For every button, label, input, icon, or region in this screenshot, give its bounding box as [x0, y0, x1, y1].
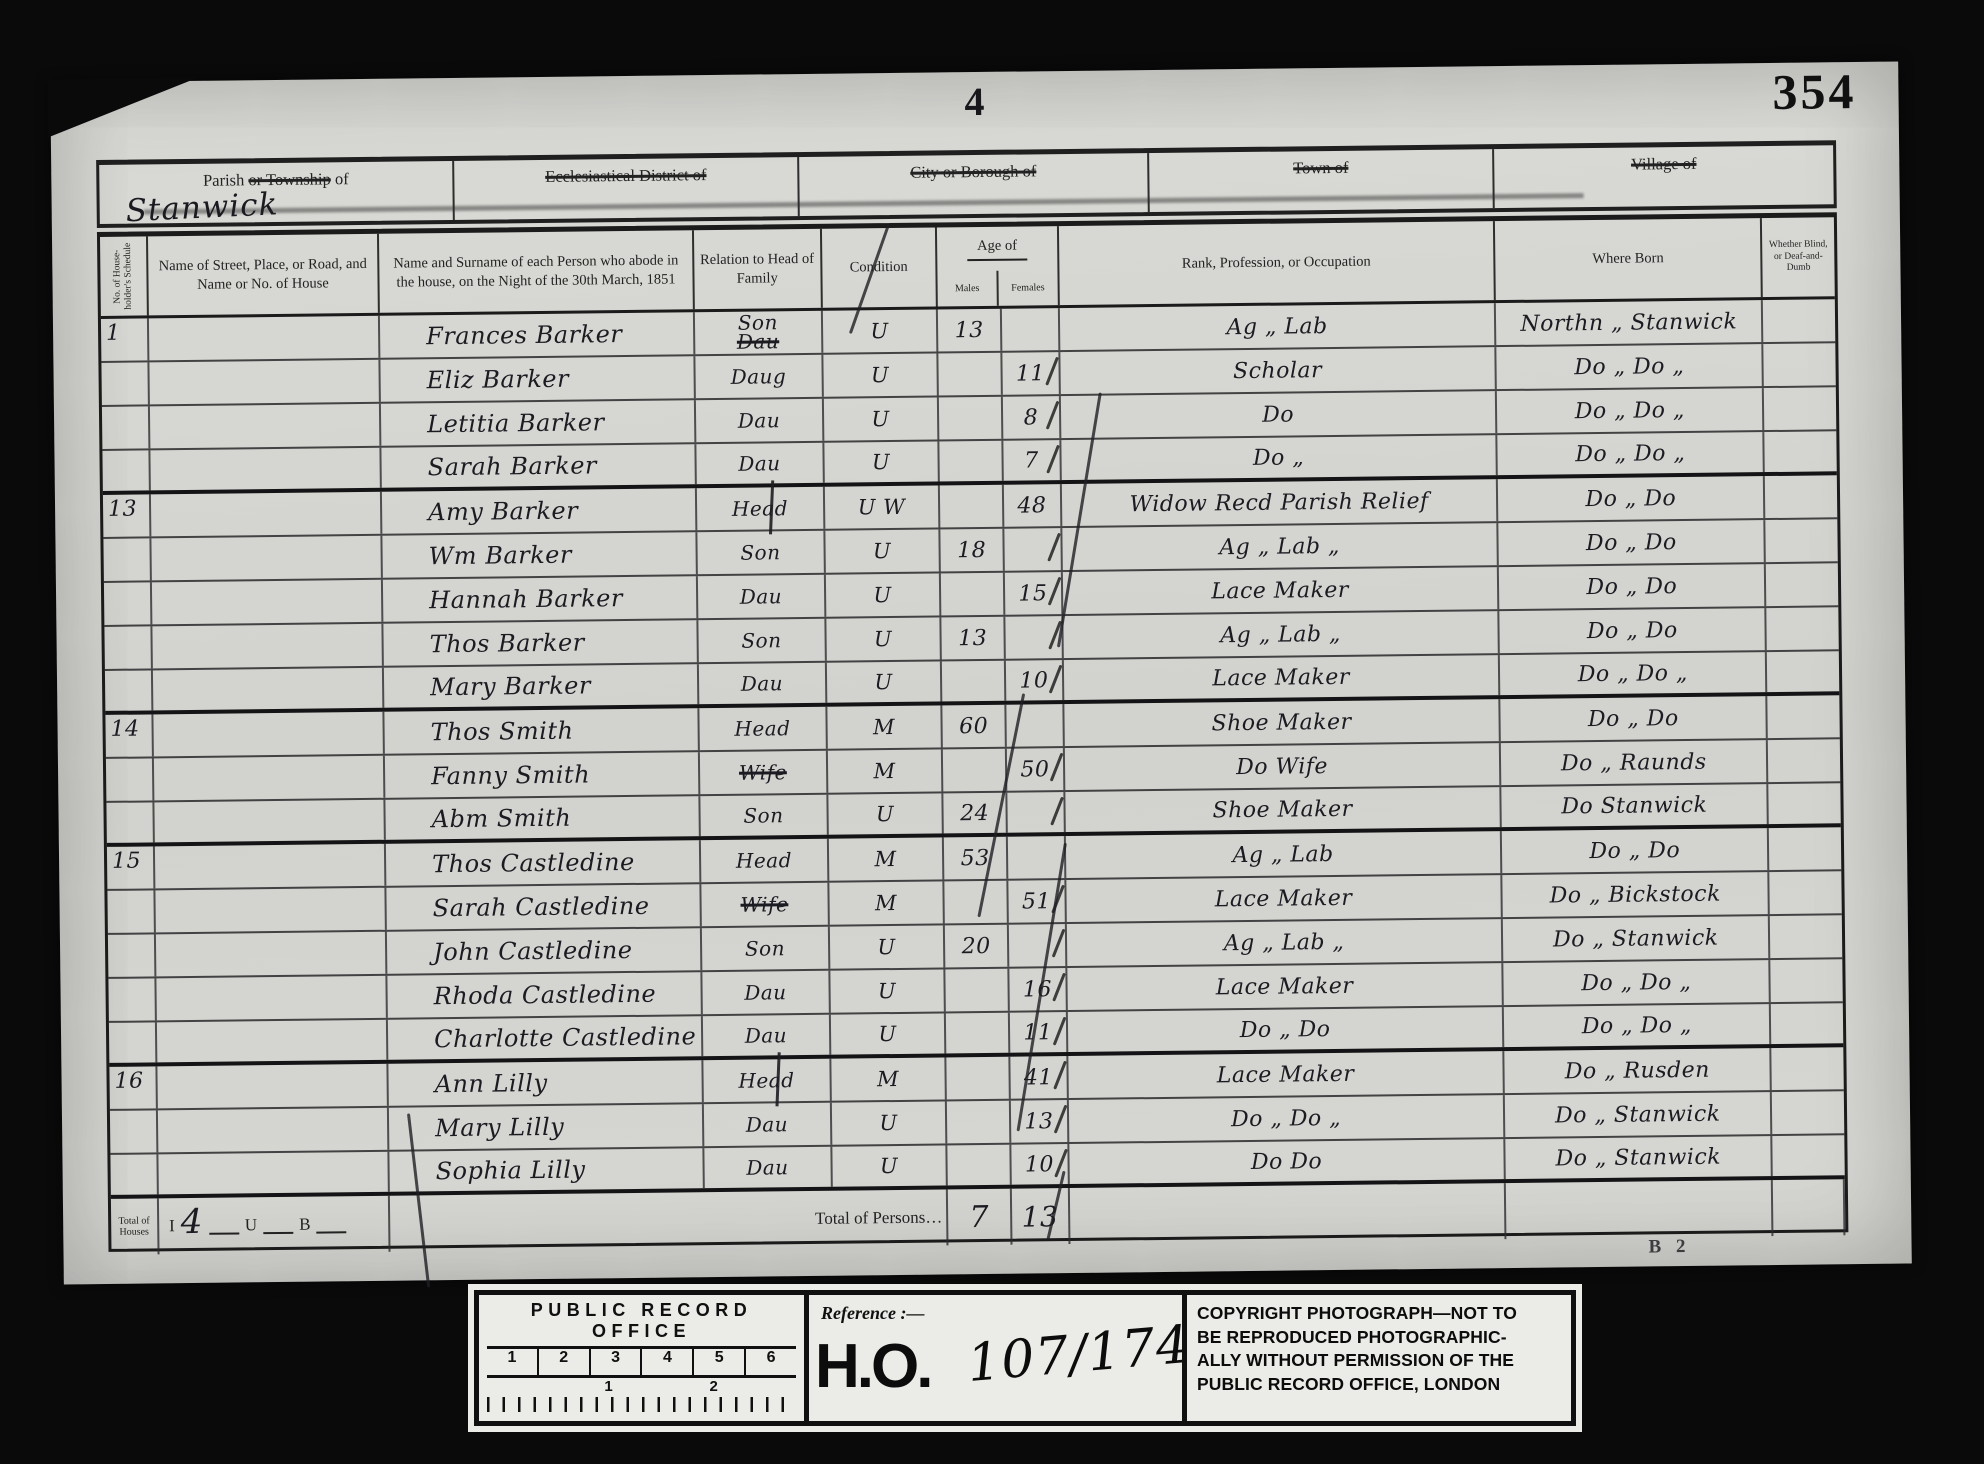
relation-cell: Son: [697, 531, 825, 574]
header-where-born: Where Born: [1495, 218, 1763, 300]
occupation-cell: Do „ Do „: [1069, 1095, 1506, 1142]
condition-cell-text: U: [871, 363, 889, 387]
relation-cell-text: Head: [732, 499, 788, 519]
blind-deaf-cell: [1766, 519, 1838, 562]
person-name-cell-text: Letitia Barker: [427, 408, 605, 438]
schedule-number-cell: 1: [101, 318, 149, 361]
relation-cell-text: Dau: [738, 411, 781, 430]
where-born-cell-text: Do „ Do „: [1581, 969, 1691, 995]
occupation-cell-text: Scholar: [1233, 358, 1322, 384]
houses-building-mark: B: [299, 1215, 311, 1235]
street-cell: [151, 492, 383, 537]
person-name-cell-text: John Castledine: [433, 936, 633, 966]
condition-cell-text: U: [874, 627, 892, 651]
street-cell: [158, 1152, 390, 1195]
pro-office-title: PUBLIC RECORD OFFICE: [487, 1300, 796, 1349]
occupation-cell: Shoe Maker: [1064, 699, 1501, 746]
occupation-cell: Ag „ Lab „: [1067, 919, 1504, 966]
street-cell: [156, 932, 388, 977]
relation-cell: Son: [700, 795, 828, 836]
blind-deaf-cell: [1769, 827, 1841, 870]
where-born-cell: Do „ Stanwick: [1505, 1092, 1773, 1137]
where-born-cell-text: Do „ Do „: [1574, 354, 1684, 380]
where-born-cell-text: Do „ Do: [1585, 486, 1676, 512]
ruler-inch-3: 3: [591, 1349, 643, 1375]
condition-cell-text: U: [872, 450, 890, 474]
where-born-cell-text: Do „ Stanwick: [1555, 1144, 1721, 1171]
relation-cell: SonDau: [695, 311, 823, 354]
where-born-cell: Do „ Do: [1498, 476, 1766, 521]
where-born-cell-text: Do „ Do „: [1582, 1012, 1692, 1038]
schedule-number-cell: [102, 450, 150, 491]
header-occupation: Rank, Profession, or Occupation: [1059, 221, 1496, 305]
where-born-cell: Do „ Bickstock: [1503, 872, 1771, 917]
header-street: Name of Street, Place, or Road, and Name…: [148, 234, 380, 316]
occupation-cell: Ag „ Lab „: [1063, 611, 1500, 658]
schedule-number-cell: [101, 362, 149, 405]
condition-cell-text: M: [873, 715, 895, 739]
where-born-cell-text: Do „ Do „: [1575, 397, 1685, 423]
person-name-cell: Sarah Castledine: [386, 884, 701, 930]
schedule-number-cell: [107, 890, 155, 933]
age-female-cell-text: 13: [1024, 1109, 1053, 1134]
occupation-cell-text: Do „: [1253, 445, 1305, 471]
condition-cell: U: [828, 793, 944, 834]
age-male-cell: 18: [941, 529, 1005, 572]
where-born-cell: Do „ Stanwick: [1506, 1136, 1773, 1179]
totals-blind-blank: [1773, 1179, 1845, 1236]
person-name-cell-text: Thos Smith: [431, 717, 574, 747]
age-male-cell: 60: [943, 705, 1007, 748]
condition-cell-text: U: [871, 407, 889, 431]
blind-deaf-cell: [1768, 695, 1840, 738]
where-born-cell-text: Do „ Bickstock: [1550, 881, 1721, 908]
b2-folio-mark: B 2: [1648, 1236, 1690, 1258]
age-male-cell: [945, 881, 1009, 924]
street-cell: [155, 888, 387, 933]
condition-cell-text: U W: [858, 495, 906, 520]
occupation-cell-text: Do Wife: [1236, 754, 1328, 780]
person-name-cell-text: Sarah Castledine: [433, 892, 650, 922]
age-male-cell: [947, 1057, 1011, 1100]
where-born-cell-text: Do „ Do: [1586, 574, 1677, 600]
age-male-cell-text: 13: [958, 625, 987, 650]
ruler-inch-5: 5: [694, 1349, 746, 1375]
person-name-cell: Charlotte Castledine: [388, 1016, 703, 1060]
relation-cell: Daug: [695, 355, 823, 398]
header-blind-deaf: Whether Blind, or Deaf-and-Dumb: [1762, 217, 1835, 297]
schedule-number-cell-text: 13: [108, 497, 137, 522]
blind-deaf-cell: [1771, 1003, 1843, 1044]
condition-cell: U W: [824, 485, 940, 528]
schedule-number-cell-text: 16: [114, 1069, 143, 1094]
age-male-cell: 20: [945, 925, 1009, 968]
age-male-cell: [943, 749, 1007, 792]
occupation-cell: Do „: [1061, 435, 1498, 480]
relation-cell-text: Son: [745, 939, 785, 958]
relation-cell-text: Dau: [741, 674, 784, 693]
where-born-cell: Do „ Stanwick: [1503, 916, 1771, 961]
condition-cell-text: U: [873, 583, 891, 607]
microfilm-photo: 4 354 Parish or Township of Stanwick Ecc…: [0, 0, 1984, 1464]
where-born-cell-text: Northn „ Stanwick: [1520, 309, 1737, 336]
occupation-cell-text: Lace Maker: [1216, 973, 1354, 1000]
village-cell: Village of: [1494, 145, 1834, 208]
header-schedule: No. of House-holder's Schedule: [100, 236, 149, 316]
where-born-cell: Do „ Do „: [1504, 960, 1772, 1005]
schedule-number-cell: 14: [105, 714, 153, 757]
age-male-cell: [939, 397, 1003, 440]
person-name-cell-text: Rhoda Castledine: [434, 980, 657, 1011]
where-born-cell: Do „ Do: [1501, 696, 1769, 741]
relation-cell-text: Wife: [740, 895, 788, 915]
street-cell: [149, 360, 381, 405]
condition-cell-text: U: [877, 935, 895, 959]
occupation-cell: Shoe Maker: [1065, 787, 1502, 832]
schedule-number-cell: [106, 758, 154, 801]
occupation-cell-text: Ag „ Lab „: [1224, 929, 1345, 955]
ruler-tick-marks: [487, 1397, 796, 1412]
age-female-cell: [1002, 308, 1060, 351]
street-cell: [155, 844, 387, 889]
occupation-cell-text: Lace Maker: [1217, 1061, 1355, 1088]
age-male-cell: 13: [938, 309, 1002, 352]
ecclesiastical-district-cell: Ecclesiastical District of: [454, 157, 800, 220]
blind-deaf-cell: [1767, 607, 1839, 650]
condition-cell-text: U: [880, 1154, 898, 1178]
copyright-line: ALLY WITHOUT PERMISSION OF THE: [1197, 1349, 1561, 1373]
age-female-cell-text: 8: [1024, 405, 1039, 430]
ruler-inch-4: 4: [642, 1349, 694, 1375]
condition-cell-text: U: [876, 802, 894, 826]
total-houses-values: I 4 U B: [159, 1196, 391, 1255]
where-born-cell-text: Do „ Do: [1588, 706, 1679, 732]
person-name-cell: Mary Lilly: [389, 1104, 704, 1150]
street-cell: [158, 1108, 390, 1153]
condition-cell: U: [822, 309, 938, 352]
schedule-number-cell: 13: [103, 494, 151, 537]
occupation-cell: Lace Maker: [1063, 567, 1500, 614]
person-name-cell: Thos Barker: [383, 620, 698, 666]
header-schedule-text: No. of House-holder's Schedule: [112, 239, 135, 314]
relation-cell: Head: [701, 839, 829, 882]
condition-cell-text: M: [873, 759, 895, 783]
where-born-cell-text: Do „ Do: [1587, 618, 1678, 644]
where-born-cell: Do „ Raunds: [1501, 740, 1769, 785]
blind-deaf-cell: [1764, 387, 1836, 430]
person-name-cell-text: Sophia Lilly: [435, 1156, 585, 1186]
relation-cell-text: Dau: [746, 1115, 789, 1134]
street-cell: [153, 668, 385, 711]
relation-cell: Wife: [701, 883, 829, 926]
blind-deaf-cell: [1767, 651, 1839, 692]
schedule-number-cell: [103, 538, 151, 581]
age-female-cell-text: 51: [1022, 889, 1051, 914]
schedule-number-cell: [104, 626, 152, 669]
condition-cell: M: [831, 1057, 947, 1100]
relation-cell-text: Son: [743, 806, 783, 825]
ruler-inch-scale: 1 2 3 4 5 6: [487, 1349, 796, 1378]
schedule-number-cell: 16: [109, 1066, 157, 1109]
condition-cell-text: U: [870, 319, 888, 343]
condition-cell: U: [823, 397, 939, 440]
header-females: Females: [996, 270, 1057, 306]
age-female-cell: [1008, 836, 1066, 879]
condition-cell: U: [830, 969, 946, 1012]
person-name-cell: Abm Smith: [385, 796, 700, 840]
where-born-cell-text: Do „ Rusden: [1565, 1057, 1710, 1084]
person-name-cell: Thos Smith: [384, 708, 699, 754]
condition-cell: M: [827, 705, 943, 748]
ruler-half-scale: 1 2: [487, 1378, 796, 1414]
relation-cell: Head: [697, 487, 825, 530]
age-male-cell: [941, 573, 1005, 616]
occupation-cell: Lace Maker: [1067, 963, 1504, 1010]
street-cell: [157, 1020, 389, 1063]
schedule-number-cell: [108, 934, 156, 977]
houses-uninhabited-mark: U: [245, 1215, 258, 1235]
person-name-cell: Ann Lilly: [388, 1060, 703, 1106]
street-cell: [154, 800, 386, 843]
person-name-cell: Sophia Lilly: [389, 1148, 704, 1192]
street-cell: [152, 580, 384, 625]
header-relation: Relation to Head of Family: [694, 229, 822, 309]
condition-cell: U: [825, 529, 941, 572]
person-name-cell-text: Wm Barker: [429, 541, 573, 571]
where-born-cell-text: Do Stanwick: [1561, 792, 1707, 819]
relation-cell-text: Daug: [731, 367, 787, 387]
occupation-cell-text: Ag „ Lab „: [1219, 533, 1340, 559]
age-female-cell-text: 11: [1023, 1020, 1052, 1045]
blind-deaf-cell: [1772, 1091, 1844, 1134]
where-born-cell: Do „ Do: [1499, 564, 1767, 609]
person-name-cell-text: Fanny Smith: [431, 760, 590, 790]
where-born-cell-text: Do „ Do: [1589, 838, 1680, 864]
occupation-cell-text: Do: [1262, 402, 1294, 427]
age-male-cell-text: 53: [961, 845, 990, 870]
occupation-cell-text: Do „ Do „: [1231, 1105, 1341, 1131]
total-persons-females: 13: [1012, 1188, 1070, 1245]
ruler-inch-1: 1: [487, 1349, 539, 1375]
total-persons-males: 7: [948, 1189, 1012, 1246]
village-label: Village of: [1631, 154, 1697, 174]
blank-line: [263, 1216, 293, 1234]
census-table: No. of House-holder's Schedule Name of S…: [97, 212, 1848, 1252]
relation-cell: Dau: [704, 1147, 832, 1188]
street-cell: [149, 316, 381, 361]
occupation-cell: Do „ Do: [1068, 1007, 1505, 1052]
occupation-cell-text: Lace Maker: [1211, 577, 1349, 604]
relation-cell-text: Dau: [744, 983, 787, 1002]
relation-cell: Wife: [700, 751, 828, 794]
pro-copyright-panel: COPYRIGHT PHOTOGRAPH—NOT TO BE REPRODUCE…: [1187, 1295, 1571, 1421]
schedule-number-cell-text: 14: [110, 717, 139, 742]
person-name-cell-text: Hannah Barker: [429, 584, 623, 614]
person-name-cell: Eliz Barker: [380, 356, 695, 402]
occupation-cell: Lace Maker: [1064, 655, 1501, 700]
relation-cell: Dau: [702, 971, 830, 1014]
age-female-cell-text: 7: [1024, 448, 1039, 473]
where-born-cell: Do „ Do „: [1504, 1004, 1771, 1047]
houses-inhabited-mark: I: [169, 1216, 175, 1236]
schedule-number-cell: [104, 582, 152, 625]
parish-value-handwritten: Stanwick: [125, 186, 279, 229]
total-houses-label: Total of Houses: [111, 1198, 159, 1255]
occupation-cell: Do Do: [1069, 1139, 1506, 1184]
age-female-cell-text: 15: [1018, 581, 1047, 606]
age-male-cell: [946, 1013, 1010, 1054]
occupation-cell-text: Ag „ Lab: [1226, 314, 1327, 340]
header-condition: Condition: [821, 227, 937, 307]
where-born-cell-text: Do „ Stanwick: [1553, 925, 1719, 952]
person-name-cell-text: Thos Barker: [430, 628, 585, 658]
condition-cell-text: M: [877, 1067, 899, 1091]
age-female-cell-text: 10: [1025, 1152, 1054, 1177]
blind-deaf-cell: [1765, 475, 1837, 518]
where-born-cell: Do „ Do: [1500, 608, 1768, 653]
person-name-cell-text: Mary Lilly: [435, 1113, 564, 1142]
relation-cell: Dau: [704, 1103, 832, 1146]
header-age-text: Age of: [967, 237, 1027, 262]
where-born-cell: Do Stanwick: [1502, 784, 1769, 827]
person-name-cell: Thos Castledine: [386, 840, 701, 886]
age-male-cell-text: 20: [962, 933, 991, 958]
age-male-cell-text: 13: [955, 317, 984, 342]
person-name-cell: Rhoda Castledine: [387, 972, 702, 1018]
person-name-cell: John Castledine: [387, 928, 702, 974]
schedule-number-cell: [108, 978, 156, 1021]
street-cell: [154, 756, 386, 801]
age-female-cell-text: 11: [1016, 361, 1045, 386]
age-female-cell-text: 48: [1017, 493, 1046, 518]
street-cell: [157, 1064, 389, 1109]
occupation-cell: Do: [1061, 391, 1498, 438]
relation-cell: Dau: [698, 575, 826, 618]
where-born-cell: Do „ Do „: [1498, 432, 1765, 475]
person-name-cell-text: Charlotte Castledine: [434, 1022, 696, 1053]
occupation-cell: Widow Recd Parish Relief: [1062, 479, 1499, 526]
header-name: Name and Surname of each Person who abod…: [379, 230, 695, 313]
person-name-cell: Frances Barker: [380, 312, 695, 358]
blank-line: [209, 1216, 239, 1234]
person-name-cell-text: Sarah Barker: [428, 451, 598, 481]
age-female-cell-text: 10: [1019, 668, 1048, 693]
occupation-cell-text: Ag „ Lab „: [1220, 621, 1341, 647]
person-name-cell-text: Eliz Barker: [427, 365, 570, 395]
condition-cell: U: [825, 573, 941, 616]
pro-stamp-frame: PUBLIC RECORD OFFICE 1 2 3 4 5 6 1 2 Ref…: [474, 1290, 1576, 1426]
age-male-cell: [939, 353, 1003, 396]
blind-deaf-cell: [1771, 959, 1843, 1002]
copyright-line: BE REPRODUCED PHOTOGRAPHIC-: [1197, 1326, 1561, 1350]
schedule-number-cell-text: 1: [106, 321, 121, 346]
relation-cell-text: Son: [741, 631, 781, 650]
occupation-cell-text: Shoe Maker: [1211, 709, 1351, 736]
person-name-cell: Wm Barker: [382, 532, 697, 578]
age-female-cell: 48: [1004, 484, 1062, 527]
parish-label-prefix: Parish: [203, 170, 244, 189]
relation-cell: Dau: [703, 1015, 831, 1056]
relation-alt-text: Dau: [737, 332, 780, 351]
person-name-cell: Mary Barker: [384, 664, 699, 708]
relation-cell-text: Dau: [740, 587, 783, 606]
reference-label: Reference :—: [821, 1303, 924, 1324]
blind-deaf-cell: [1770, 871, 1842, 914]
relation-cell: Son: [702, 927, 830, 970]
relation-cell: Dau: [696, 399, 824, 442]
ruler-inch-2: 2: [539, 1349, 591, 1375]
schedule-number-cell: [102, 406, 150, 449]
ecclesiastical-label: Ecclesiastical District of: [545, 165, 706, 186]
condition-cell-text: U: [878, 1022, 896, 1046]
age-male-cell: [948, 1145, 1012, 1186]
total-persons-label: Total of Persons…: [390, 1189, 949, 1251]
where-born-cell: Do „ Do „: [1497, 344, 1765, 389]
person-name-cell: Amy Barker: [382, 488, 697, 534]
page-number: 4: [50, 68, 1898, 136]
total-males-value: 7: [969, 1199, 989, 1234]
relation-cell-text: Head: [736, 851, 792, 871]
condition-cell: U: [831, 1101, 947, 1144]
relation-cell-text: Dau: [738, 454, 781, 473]
condition-cell-text: M: [874, 847, 896, 871]
where-born-cell: Do „ Do „: [1497, 388, 1765, 433]
where-born-cell: Do „ Rusden: [1505, 1048, 1773, 1093]
occupation-cell-text: Widow Recd Parish Relief: [1129, 488, 1428, 516]
schedule-number-cell: [109, 1022, 157, 1063]
occupation-cell-text: Ag „ Lab: [1232, 842, 1333, 868]
where-born-cell-text: Do „ Do: [1586, 530, 1677, 556]
pro-reference-panel: Reference :— H.O. 107/1745: [809, 1295, 1187, 1421]
condition-cell: U: [826, 617, 942, 660]
blind-deaf-cell: [1764, 343, 1836, 386]
street-cell: [153, 712, 385, 757]
person-name-cell: Hannah Barker: [383, 576, 698, 622]
census-rows: 1Frances BarkerSonDauU13Ag „ LabNorthn „…: [101, 299, 1845, 1199]
street-cell: [156, 976, 388, 1021]
blank-line: [316, 1215, 346, 1233]
person-name-cell-text: Thos Castledine: [432, 848, 635, 878]
copyright-line: COPYRIGHT PHOTOGRAPH—NOT TO: [1197, 1302, 1561, 1326]
occupation-cell: Do Wife: [1065, 743, 1502, 790]
occupation-cell-text: Do „ Do: [1240, 1017, 1331, 1043]
occupation-cell-text: Lace Maker: [1215, 885, 1353, 912]
relation-cell-text: Son: [740, 543, 780, 562]
pro-stamp: PUBLIC RECORD OFFICE 1 2 3 4 5 6 1 2 Ref…: [468, 1284, 1582, 1432]
occupation-cell: Ag „ Lab: [1066, 831, 1503, 878]
condition-cell: U: [830, 1013, 946, 1054]
condition-cell: U: [829, 925, 945, 968]
occupation-cell: Scholar: [1060, 347, 1497, 394]
occupation-cell: Lace Maker: [1066, 875, 1503, 922]
parish-label-suffix: of: [335, 169, 349, 188]
city-borough-cell: City or Borough of: [799, 153, 1150, 216]
where-born-cell-text: Do „ Raunds: [1561, 749, 1707, 776]
ruler-half-1: 1: [604, 1378, 612, 1395]
relation-cell-text: Dau: [746, 1158, 789, 1177]
condition-cell: U: [832, 1145, 948, 1186]
condition-cell-text: U: [878, 979, 896, 1003]
condition-cell-text: U: [874, 670, 892, 694]
relation-cell: Head: [699, 707, 827, 750]
total-houses-value: 4: [180, 1202, 203, 1242]
occupation-cell-text: Do Do: [1251, 1149, 1323, 1175]
occupation-cell: Ag „ Lab: [1060, 303, 1497, 350]
person-name-cell: Letitia Barker: [381, 400, 696, 446]
person-name-cell-text: Amy Barker: [428, 497, 578, 527]
age-female-cell-text: 50: [1020, 757, 1049, 782]
condition-cell: U: [826, 661, 942, 702]
